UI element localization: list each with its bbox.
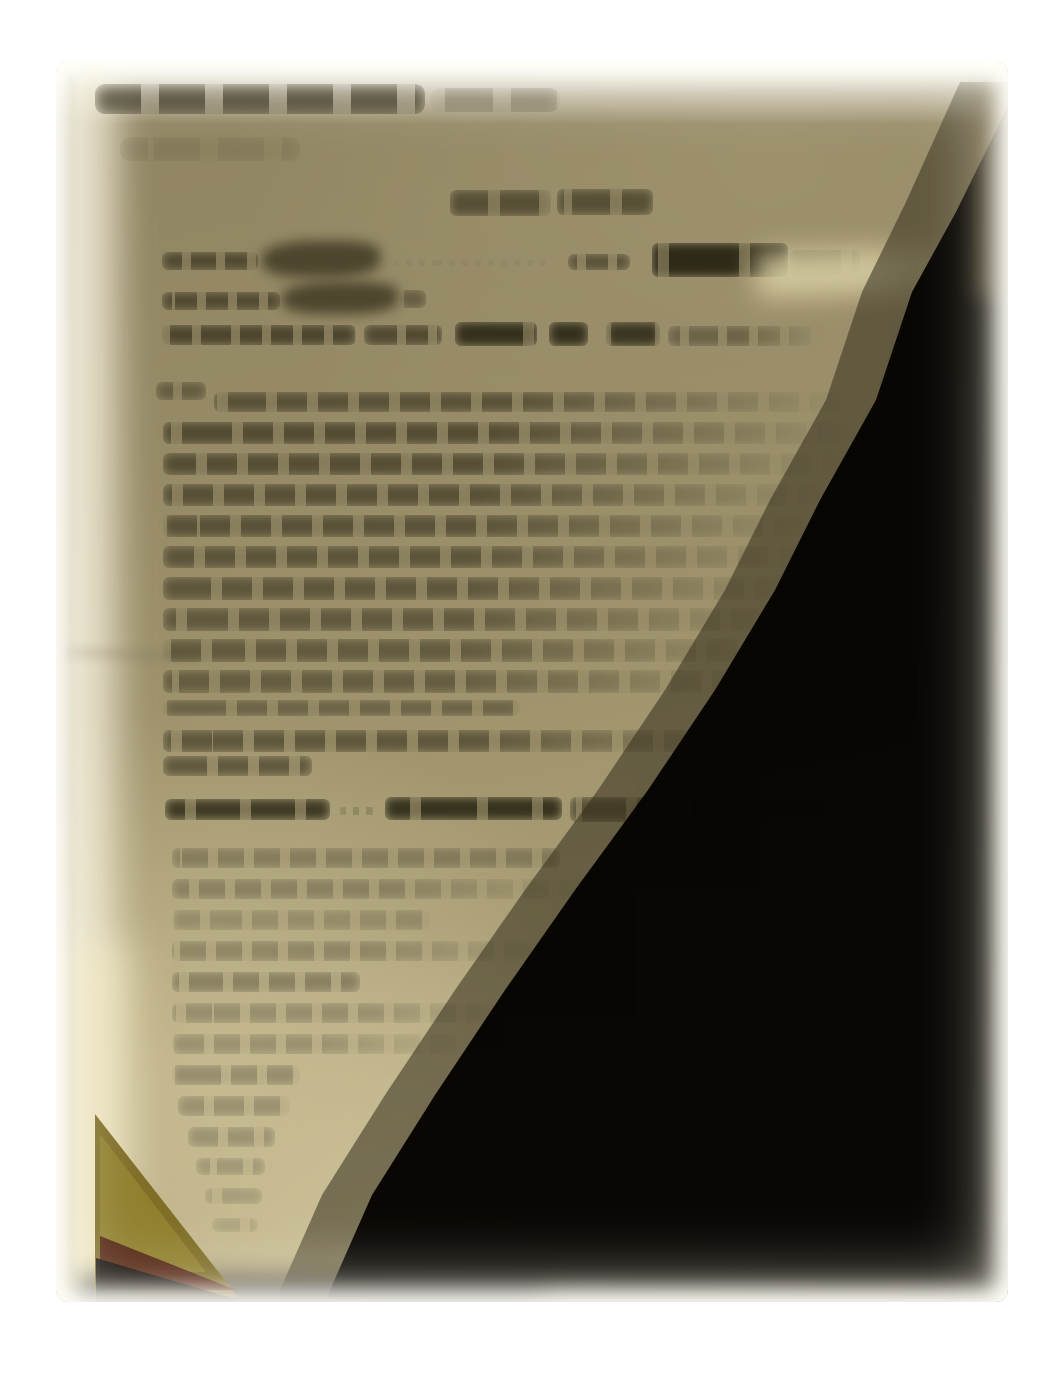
shadow-layer: [56, 62, 1008, 1302]
page-background: [0, 0, 1062, 1376]
document-photo: [56, 62, 1008, 1302]
right-edge-fringe: [976, 88, 1006, 298]
